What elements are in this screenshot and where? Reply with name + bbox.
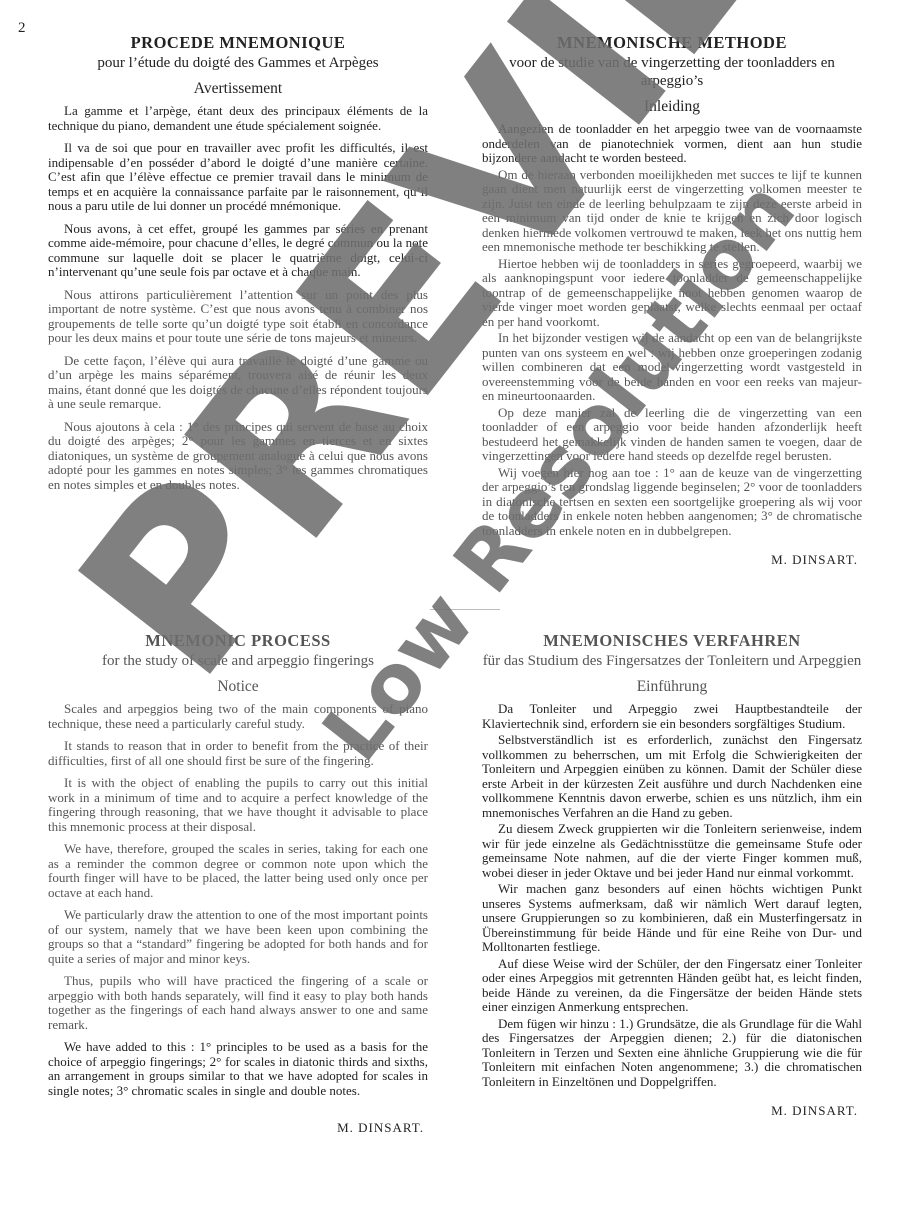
german-signature: M. DINSART. — [482, 1103, 862, 1119]
french-subtitle: pour l’étude du doigté des Gammes et Arp… — [48, 54, 428, 72]
english-heading: Notice — [48, 678, 428, 696]
english-paragraph: We have added to this : 1° principles to… — [48, 1040, 428, 1098]
french-paragraph: De cette façon, l’élève qui aura travail… — [48, 354, 428, 412]
english-paragraph: It is with the object of enabling the pu… — [48, 776, 428, 834]
german-paragraph: Da Tonleiter und Arpeggio zwei Hauptbest… — [482, 702, 862, 731]
english-section: MNEMONIC PROCESS for the study of scale … — [48, 632, 428, 1136]
german-paragraph: Dem fügen wir hinzu : 1.) Grundsätze, di… — [482, 1017, 862, 1090]
english-subtitle: for the study of scale and arpeggio fing… — [48, 652, 428, 670]
english-paragraph: We particularly draw the attention to on… — [48, 908, 428, 966]
german-paragraph: Auf diese Weise wird der Schüler, der de… — [482, 957, 862, 1015]
german-title: MNEMONISCHES VERFAHREN — [482, 632, 862, 650]
german-paragraph: Zu diesem Zweck gruppierten wir die Tonl… — [482, 822, 862, 880]
dutch-paragraph: Om de hieraan verbonden moeilijkheden me… — [482, 168, 862, 255]
german-paragraph: Wir machen ganz besonders auf einen höch… — [482, 882, 862, 955]
french-paragraph: Il va de soi que pour en travailler avec… — [48, 141, 428, 214]
page-number: 2 — [18, 20, 26, 37]
english-paragraph: Thus, pupils who will have practiced the… — [48, 974, 428, 1032]
french-heading: Avertissement — [48, 80, 428, 98]
french-paragraph: Nous ajoutons à cela : 1° des principes … — [48, 420, 428, 493]
german-paragraph: Selbstverständlich ist es erforderlich, … — [482, 733, 862, 820]
dutch-subtitle: voor de studie van de vingerzetting der … — [482, 54, 862, 90]
dutch-signature: M. DINSART. — [482, 552, 862, 568]
french-paragraph: Nous attirons particulièrement l’attenti… — [48, 288, 428, 346]
english-title: MNEMONIC PROCESS — [48, 632, 428, 650]
dutch-title: MNEMONISCHE METHODE — [482, 34, 862, 52]
section-divider — [430, 609, 500, 610]
english-paragraph: Scales and arpeggios being two of the ma… — [48, 702, 428, 731]
french-paragraph: Nous avons, à cet effet, groupé les gamm… — [48, 222, 428, 280]
dutch-paragraph: Aangezien de toonladder en het arpeggio … — [482, 122, 862, 166]
english-paragraph: It stands to reason that in order to ben… — [48, 739, 428, 768]
german-subtitle: für das Studium des Fingersatzes der Ton… — [482, 652, 862, 670]
german-heading: Einführung — [482, 678, 862, 696]
french-title: PROCEDE MNEMONIQUE — [48, 34, 428, 52]
french-paragraph: La gamme et l’arpège, étant deux des pri… — [48, 104, 428, 133]
english-signature: M. DINSART. — [48, 1120, 428, 1136]
german-section: MNEMONISCHES VERFAHREN für das Studium d… — [482, 632, 862, 1119]
dutch-paragraph: Hiertoe hebben wij de toonladders in ser… — [482, 257, 862, 330]
dutch-paragraph: In het bijzonder vestigen wij de aandach… — [482, 331, 862, 404]
french-section: PROCEDE MNEMONIQUE pour l’étude du doigt… — [48, 34, 428, 500]
dutch-paragraph: Op deze manier zal de leerling die de vi… — [482, 406, 862, 464]
dutch-heading: Inleiding — [482, 98, 862, 116]
english-paragraph: We have, therefore, grouped the scales i… — [48, 842, 428, 900]
dutch-section: MNEMONISCHE METHODE voor de studie van d… — [482, 34, 862, 568]
dutch-paragraph: Wij voegen hier nog aan toe : 1° aan de … — [482, 466, 862, 539]
